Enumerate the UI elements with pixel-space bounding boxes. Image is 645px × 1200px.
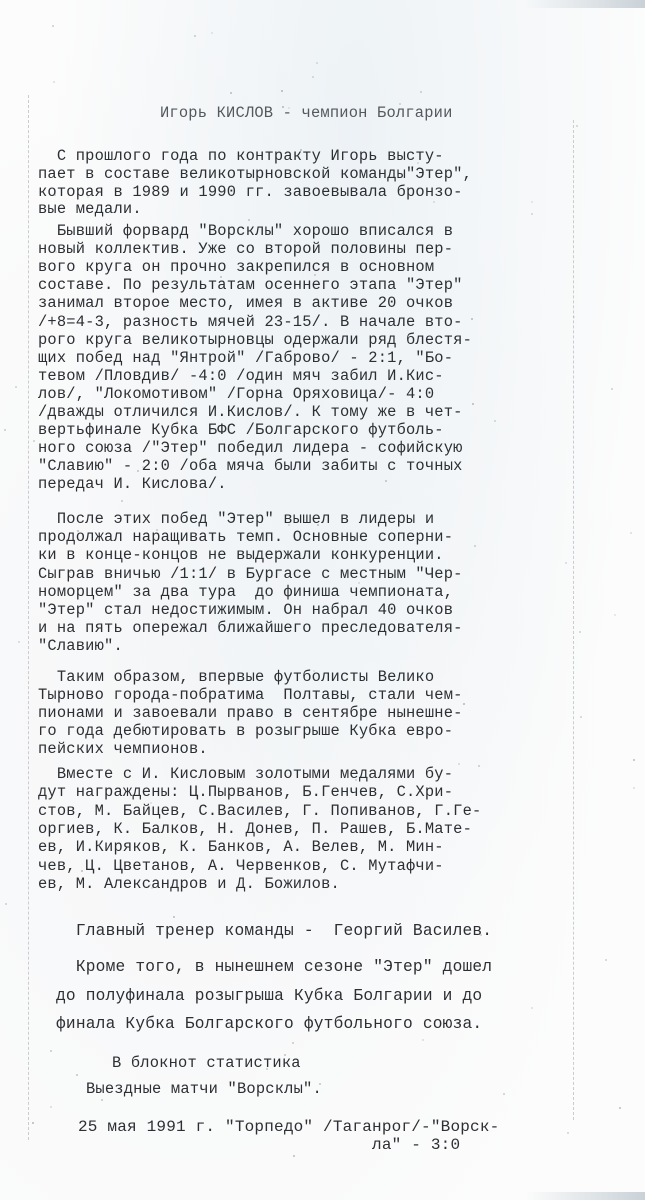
scan-speck — [633, 759, 635, 761]
scan-speck — [137, 470, 139, 472]
paragraph-contract-line: С прошлого года по контракту Игорь высту… — [38, 147, 444, 165]
scan-speck — [149, 884, 151, 886]
paragraph-leaders-line: После этих побед "Этер" вышел в лидеры и — [38, 510, 434, 528]
scan-speck — [160, 480, 162, 482]
paragraph-forward-line: /дважды отличился И.Кислов/. К тому же в… — [38, 403, 463, 421]
scan-speck — [101, 1099, 103, 1101]
scan-speck — [77, 530, 79, 532]
scan-speck — [480, 934, 482, 936]
scan-speck — [262, 339, 264, 341]
scan-speck — [211, 32, 213, 34]
scan-speck — [579, 631, 581, 633]
paragraph-forward-line: /+8=4-3, разность мячей 23-15/. В начале… — [38, 313, 463, 331]
scan-speck — [337, 376, 339, 378]
scan-speck — [87, 196, 89, 198]
paragraph-leaders-line: продолжал наращивать темп. Основные сопе… — [38, 528, 453, 546]
scan-speck — [293, 1155, 295, 1157]
scan-speck — [176, 421, 178, 423]
scan-speck — [619, 1107, 621, 1109]
paragraph-cups-line: Кроме того, в нынешнем сезоне "Этер" дош… — [56, 958, 492, 976]
scan-speck — [18, 641, 20, 643]
scan-speck — [147, 353, 149, 355]
scan-speck — [194, 35, 196, 37]
paragraph-medalists-line: ев, И.Киряков, К. Банков, А. Велев, М. М… — [38, 838, 444, 856]
scan-speck — [531, 201, 533, 203]
paragraph-champions-line: Таким образом, впервые футболисты Велико — [38, 668, 434, 686]
scan-speck — [429, 335, 431, 337]
scan-speck — [576, 125, 578, 127]
paragraph-forward-line: занимал второе место, имея в активе 20 о… — [38, 294, 453, 312]
scan-speck — [156, 529, 158, 531]
paragraph-leaders-line: номорцем" за два тура до финиша чемпиона… — [38, 583, 453, 601]
scan-speck — [350, 394, 352, 396]
scan-speck — [312, 76, 314, 78]
scan-speck — [230, 92, 232, 94]
scan-speck — [266, 594, 268, 596]
scan-speck — [121, 500, 123, 502]
right-margin-line — [573, 120, 574, 1120]
scan-speck — [281, 450, 283, 452]
paragraph-leaders-line: ки в конце-концов не выдержали конкуренц… — [38, 546, 444, 564]
paragraph-forward-line: ного союза /"Этер" победил лидера - софи… — [38, 439, 463, 457]
scan-speck — [614, 614, 616, 616]
scan-speck — [474, 545, 476, 547]
scan-speck — [503, 1093, 505, 1095]
scan-speck — [580, 716, 582, 718]
paragraph-leaders-line: "Этер" стал недостижимым. Он набрал 40 о… — [38, 601, 453, 619]
paragraph-forward-line: рого круга великотырновцы одержали ряд б… — [38, 331, 472, 349]
paragraph-medalists-line: Вместе с И. Кисловым золотыми медалями б… — [38, 765, 453, 783]
paragraph-forward-line: передач И. Кислова/. — [38, 475, 227, 493]
paragraph-medalists-line: стов, М. Байцев, С.Василев, Г. Попиванов… — [38, 802, 482, 820]
scan-speck — [420, 91, 422, 93]
scan-edge-shadow — [525, 0, 645, 8]
scan-speck — [611, 388, 613, 390]
scan-speck — [288, 524, 290, 526]
scan-speck — [355, 779, 357, 781]
paragraph-contract-line: пает в составе великотырновской команды"… — [38, 165, 472, 183]
paragraph-forward-line: Бывший форвард "Ворсклы" хорошо вписался… — [38, 222, 453, 240]
paragraph-champions-line: Тырново города-побратима Полтавы, стали … — [38, 686, 463, 704]
scan-speck — [478, 765, 480, 767]
scan-speck — [173, 916, 175, 918]
paragraph-forward-line: "Славию" - 2:0 /оба мяча были забиты с т… — [38, 457, 463, 475]
scan-speck — [5, 903, 7, 905]
scan-speck — [471, 318, 473, 320]
paragraph-cups-line: финала Кубка Болгарского футбольного сою… — [56, 1015, 482, 1033]
scan-speck — [4, 429, 6, 431]
scan-speck — [142, 466, 144, 468]
scan-speck — [319, 1083, 321, 1085]
document-title: Игорь КИСЛОВ - чемпион Болгарии — [160, 104, 453, 122]
scan-speck — [281, 90, 283, 92]
scan-speck — [463, 703, 465, 705]
scan-speck — [422, 1039, 424, 1041]
scan-speck — [33, 440, 35, 442]
scan-speck — [282, 106, 284, 108]
scan-speck — [151, 887, 153, 889]
scan-speck — [76, 1074, 78, 1076]
scan-speck — [263, 813, 265, 815]
paragraph-forward-line: вертьфинале Кубка БФС /Болгарского футбо… — [38, 421, 444, 439]
scan-speck — [494, 420, 496, 422]
scan-speck — [399, 103, 401, 105]
scan-speck — [417, 162, 419, 164]
match-result-line: ла" - 3:0 — [78, 1136, 460, 1154]
paragraph-contract-line: вые медали. — [38, 200, 142, 218]
scan-speck — [630, 532, 632, 534]
scan-speck — [81, 870, 83, 872]
paragraph-coach-line: Главный тренер команды - Георгий Василев… — [56, 922, 492, 940]
scan-speck — [220, 276, 222, 278]
scan-speck — [50, 1050, 52, 1052]
scan-speck — [531, 1007, 533, 1009]
scan-speck — [300, 149, 302, 151]
paragraph-medalists-line: оргиев, К. Балков, Н. Донев, П. Рашев, Б… — [38, 820, 472, 838]
scan-speck — [53, 81, 55, 83]
typewritten-page: Игорь КИСЛОВ - чемпион Болгарии С прошло… — [0, 0, 645, 1200]
scan-speck — [458, 763, 460, 765]
scan-speck — [316, 62, 318, 64]
scan-speck — [567, 1132, 569, 1134]
paragraph-medalists-line: чев, Ц. Цветанов, А. Червенков, С. Мутаф… — [38, 857, 444, 875]
paragraph-contract-line: которая в 1989 и 1990 гг. завоевывала бр… — [38, 183, 463, 201]
scan-speck — [472, 403, 474, 405]
paragraph-leaders-line: Сыграв вничью /1:1/ в Бургасе с местным … — [38, 565, 463, 583]
scan-speck — [565, 562, 567, 564]
scan-speck — [15, 386, 17, 388]
scan-speck — [52, 25, 54, 27]
scan-speck — [54, 194, 56, 196]
paragraph-forward-line: щих побед над "Янтрой" /Габрово/ - 2:1, … — [38, 349, 453, 367]
scan-speck — [313, 670, 315, 672]
paragraph-cups-line: до полуфинала розыгрыша Кубка Болгарии и… — [56, 987, 482, 1005]
scan-speck — [150, 802, 152, 804]
paragraph-forward-line: лов/, "Локомотивом" /Горна Оряховица/- 4… — [38, 385, 434, 403]
scan-speck — [50, 1106, 52, 1108]
paragraph-champions-line: го года дебютировать в розыгрыше Кубка е… — [38, 722, 453, 740]
stats-subheading: Выездные матчи "Ворсклы". — [86, 1080, 322, 1098]
scan-speck — [605, 959, 607, 961]
paragraph-medalists-line: ев, М. Александров и Д. Божилов. — [38, 875, 340, 893]
scan-speck — [69, 571, 71, 573]
paragraph-champions-line: пионами и завоевали право в сентябре нын… — [38, 704, 463, 722]
scan-speck — [573, 316, 575, 318]
paragraph-forward-line: вого круга он прочно закрепился в основн… — [38, 258, 434, 276]
scan-speck — [248, 219, 250, 221]
scan-speck — [55, 251, 57, 253]
scan-speck — [531, 213, 533, 215]
scan-speck — [633, 787, 635, 789]
match-result-line: 25 мая 1991 г. "Торпедо" /Таганрог/-"Вор… — [78, 1118, 499, 1136]
paragraph-leaders-line: и на пять опережал ближайшего преследова… — [38, 619, 463, 637]
paragraph-forward-line: новый коллектив. Уже со второй половины … — [38, 240, 453, 258]
scan-speck — [314, 274, 316, 276]
stats-heading: В блокнот статистика — [112, 1054, 301, 1072]
scan-edge-shadow — [525, 1192, 645, 1200]
scan-speck — [317, 524, 319, 526]
scan-speck — [433, 201, 435, 203]
scan-speck — [358, 582, 360, 584]
paragraph-medalists-line: дут награждены: Ц.Пырванов, Б.Генчев, С.… — [38, 783, 453, 801]
paragraph-forward-line: тевом /Пловдив/ -4:0 /один мяч забил И.К… — [38, 367, 444, 385]
paragraph-forward-line: составе. По результатам осеннего этапа "… — [38, 276, 463, 294]
left-margin-line — [28, 95, 29, 1140]
scan-speck — [284, 1054, 286, 1056]
paragraph-leaders-line: "Славию". — [38, 637, 123, 655]
scan-speck — [288, 107, 290, 109]
scan-speck — [385, 480, 387, 482]
scan-speck — [266, 1068, 268, 1070]
scan-speck — [292, 1042, 294, 1044]
paragraph-champions-line: пейских чемпионов. — [38, 740, 208, 758]
scan-speck — [98, 844, 100, 846]
scan-speck — [32, 1122, 34, 1124]
